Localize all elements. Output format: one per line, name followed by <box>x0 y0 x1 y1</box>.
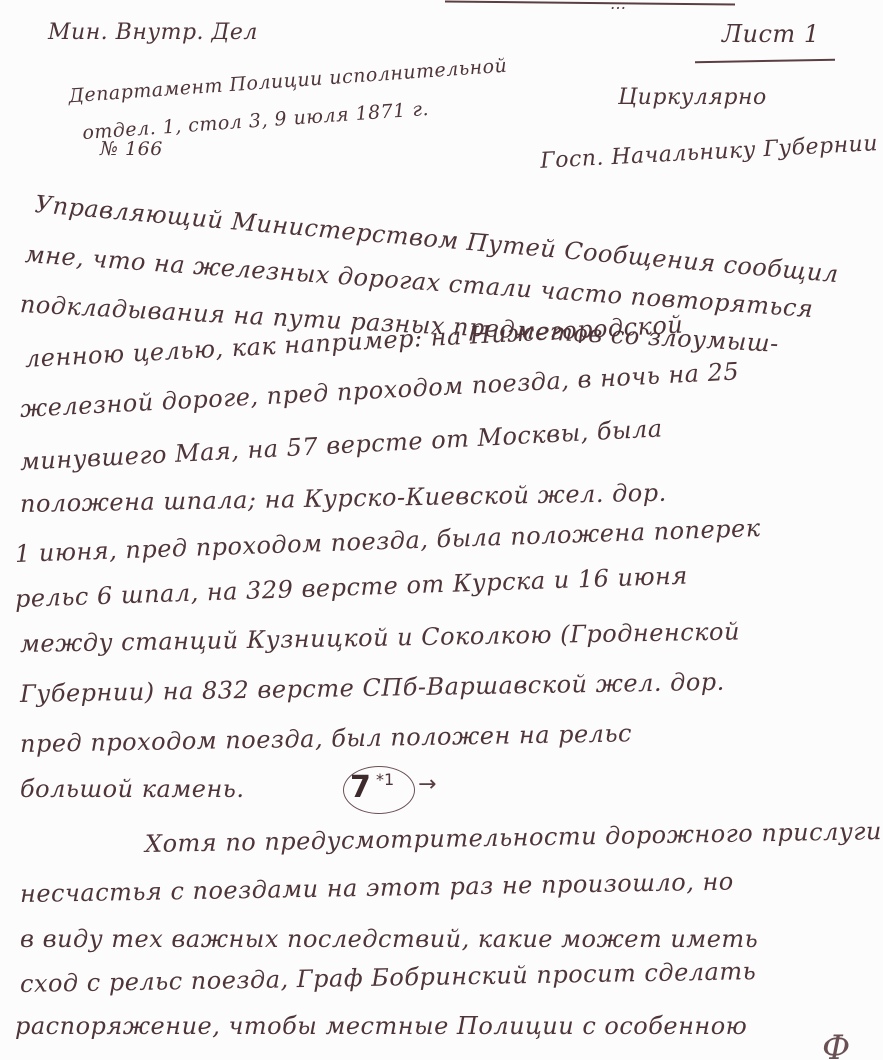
document-page: … Лист 1 Мин. Внутр. Дел Департамент Пол… <box>0 0 883 1060</box>
body-line: Губернии) на 832 версте СПб-Варшавской ж… <box>20 668 725 708</box>
department-line: Департамент Полиции исполнительной <box>68 55 508 108</box>
body-line: между станций Кузницкой и Соколкою (Грод… <box>20 617 740 658</box>
body-line: распоряжение, чтобы местные Полиции с ос… <box>15 1012 747 1040</box>
addressee-line: Госп. Начальнику Губернии <box>540 131 879 174</box>
circular-label: Циркулярно <box>618 85 767 110</box>
body-line: в виду тех важных последствий, какие мож… <box>20 925 758 953</box>
document-number: № 166 <box>100 138 163 160</box>
ministry-line: Мин. Внутр. Дел <box>48 20 258 45</box>
annotation-superscript: *1 <box>376 770 394 789</box>
body-line: несчастья с поездами на этот раз не прои… <box>20 868 734 908</box>
body-line: рельс 6 шпал, на 329 версте от Курска и … <box>15 562 689 613</box>
body-line: 1 июня, пред проходом поезда, была полож… <box>15 514 761 568</box>
body-line: Хотя по предусмотрительности дорожного п… <box>145 817 882 858</box>
body-line: пред проходом поезда, был положен на рел… <box>20 719 632 758</box>
body-line: минувшего Мая, на 57 версте от Москвы, б… <box>19 414 663 476</box>
crossed-out-text: … <box>610 0 627 13</box>
annotation-mark: 7 <box>350 770 371 805</box>
strikethrough-line <box>445 0 735 5</box>
sheet-label-underline <box>695 59 835 63</box>
body-line: положена шпала; на Курско-Киевской жел. … <box>20 479 667 518</box>
body-line: большой камень. <box>20 775 244 803</box>
body-line: сход с рельс поезда, Граф Бобринский про… <box>20 957 757 998</box>
corner-initial-mark: Ф <box>822 1028 850 1060</box>
arrow-right-icon: → <box>418 772 436 797</box>
sheet-label: Лист 1 <box>722 20 820 48</box>
